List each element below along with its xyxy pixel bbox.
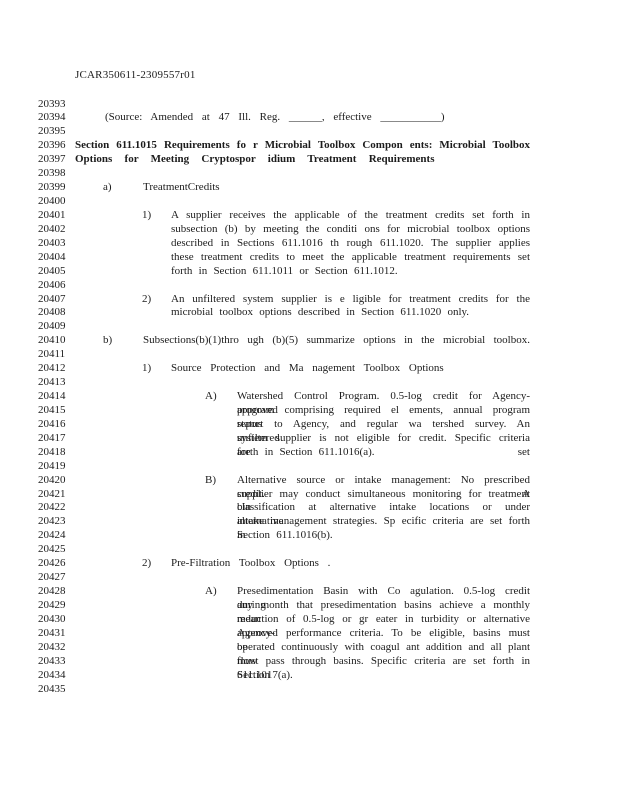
document-line: 20424Section 611.1016(b). [0, 529, 618, 543]
line-number: 20405 [38, 265, 66, 279]
document-id-header: JCAR350611-2309557r01 [75, 69, 196, 81]
line-text: Options for Meeting Cryptospor idium Tre… [75, 153, 530, 167]
line-number: 20426 [38, 557, 66, 571]
document-line: 20419 [0, 460, 618, 474]
line-number: 20394 [38, 111, 66, 125]
line-number: 20399 [38, 181, 66, 195]
line-number: 20434 [38, 669, 66, 683]
line-number: 20428 [38, 585, 66, 599]
document-line: 20417system supplier is not eligible for… [0, 432, 618, 446]
line-number: 20429 [38, 599, 66, 613]
document-page: JCAR350611-2309557r01 2039320394(Source:… [0, 0, 618, 800]
document-line: 20421supplier may conduct simultaneous m… [0, 488, 618, 502]
line-text: A supplier receives the applicable of th… [171, 209, 530, 223]
document-line: 204011)A supplier receives the applicabl… [0, 209, 618, 223]
line-text: An unfiltered system supplier is e ligib… [171, 293, 530, 307]
document-line: 20395 [0, 125, 618, 139]
line-number: 20395 [38, 125, 66, 139]
line-number: 20423 [38, 515, 66, 529]
document-line: 20402subsection (b) by meeting the condi… [0, 223, 618, 237]
document-line: 20396Section 611.1015 Requirements fo r … [0, 139, 618, 153]
outline-label: A) [205, 390, 217, 404]
document-line: 20418forth in Section 611.1016(a). [0, 446, 618, 460]
line-number: 20422 [38, 501, 66, 515]
line-number: 20420 [38, 474, 66, 488]
outline-label: 1) [142, 362, 151, 376]
line-number: 20408 [38, 306, 66, 320]
line-number: 20397 [38, 153, 66, 167]
document-line: 20422classification at alternative intak… [0, 501, 618, 515]
line-number: 20430 [38, 613, 66, 627]
document-line: 204072)An unfiltered system supplier is … [0, 293, 618, 307]
outline-label: b) [103, 334, 112, 348]
line-number: 20396 [38, 139, 66, 153]
line-number: 20435 [38, 683, 66, 697]
line-number: 20402 [38, 223, 66, 237]
outline-label: B) [205, 474, 216, 488]
line-text: forth in Section 611.1011 or Section 611… [171, 265, 530, 279]
line-number: 20400 [38, 195, 66, 209]
line-number: 20398 [38, 167, 66, 181]
line-number: 20421 [38, 488, 66, 502]
outline-label: A) [205, 585, 217, 599]
line-text: Section 611.1016(b). [237, 529, 530, 543]
document-line: 20413 [0, 376, 618, 390]
line-number: 20433 [38, 655, 66, 669]
line-text: Source Protection and Ma nagement Toolbo… [171, 362, 530, 376]
line-number: 20404 [38, 251, 66, 265]
line-number: 20415 [38, 404, 66, 418]
document-line: 20398 [0, 167, 618, 181]
line-number: 20416 [38, 418, 66, 432]
line-number: 20417 [38, 432, 66, 446]
document-line: 20430reduction of 0.5-log or gr eater in… [0, 613, 618, 627]
document-line: 20425 [0, 543, 618, 557]
document-line: 20404these treatment credits to meet the… [0, 251, 618, 265]
line-text: forth in Section 611.1016(a). [237, 446, 530, 460]
document-line: 20433must pass through basins. Specific … [0, 655, 618, 669]
document-line: 20406 [0, 279, 618, 293]
document-line: 20420B)Alternative source or intake mana… [0, 474, 618, 488]
document-line: 20394(Source: Amended at 47 Ill. Reg. __… [0, 111, 618, 125]
document-line: 20427 [0, 571, 618, 585]
document-line: 20403described in Sections 611.1016 th r… [0, 237, 618, 251]
document-line: 204262)Pre-Filtration Toolbox Options . [0, 557, 618, 571]
document-line: 20414A)Watershed Control Program. 0.5-lo… [0, 390, 618, 404]
document-line: 20429any month that presedimentation bas… [0, 599, 618, 613]
line-number: 20410 [38, 334, 66, 348]
outline-label: 1) [142, 209, 151, 223]
outline-label: a) [103, 181, 112, 195]
document-line: 20432operated continuously with coagul a… [0, 641, 618, 655]
document-line: 20423intake management strategies. Sp ec… [0, 515, 618, 529]
line-number: 20403 [38, 237, 66, 251]
document-line: 20410b)Subsections(b)(1)thro ugh (b)(5) … [0, 334, 618, 348]
line-number: 20413 [38, 376, 66, 390]
document-line: 20415program comprising required el emen… [0, 404, 618, 418]
line-text: Section 611.1015 Requirements fo r Micro… [75, 139, 530, 153]
line-number: 20412 [38, 362, 66, 376]
line-number: 20401 [38, 209, 66, 223]
document-line: 20408microbial toolbox options described… [0, 306, 618, 320]
document-line: 20431approved performance criteria. To b… [0, 627, 618, 641]
line-number: 20409 [38, 320, 66, 334]
document-line: 20409 [0, 320, 618, 334]
document-line: 204121)Source Protection and Ma nagement… [0, 362, 618, 376]
line-text: these treatment credits to meet the appl… [171, 251, 530, 265]
document-line: 20411 [0, 348, 618, 362]
line-number: 20393 [38, 98, 66, 112]
document-line: 20435 [0, 683, 618, 697]
outline-label: 2) [142, 293, 151, 307]
line-text: Pre-Filtration Toolbox Options . [171, 557, 530, 571]
document-line: 20397Options for Meeting Cryptospor idiu… [0, 153, 618, 167]
line-number: 20425 [38, 543, 66, 557]
line-text: (Source: Amended at 47 Ill. Reg. ______,… [105, 111, 535, 125]
line-number: 20431 [38, 627, 66, 641]
line-number: 20418 [38, 446, 66, 460]
line-number: 20406 [38, 279, 66, 293]
line-number: 20419 [38, 460, 66, 474]
line-number: 20432 [38, 641, 66, 655]
line-text: subsection (b) by meeting the conditi on… [171, 223, 530, 237]
line-text: TreatmentCredits [143, 181, 530, 195]
line-text: 611.1017(a). [237, 669, 530, 683]
outline-label: 2) [142, 557, 151, 571]
document-line: 20405forth in Section 611.1011 or Sectio… [0, 265, 618, 279]
line-text: described in Sections 611.1016 th rough … [171, 237, 530, 251]
line-number: 20411 [38, 348, 65, 362]
line-text: Subsections(b)(1)thro ugh (b)(5) summari… [143, 334, 530, 348]
line-text: microbial toolbox options described in S… [171, 306, 530, 320]
line-number: 20424 [38, 529, 66, 543]
document-line: 20399a)TreatmentCredits [0, 181, 618, 195]
document-line: 20428A)Presedimentation Basin with Co ag… [0, 585, 618, 599]
line-number: 20407 [38, 293, 66, 307]
document-line: 20416report to Agency, and regular wa te… [0, 418, 618, 432]
document-line: 20400 [0, 195, 618, 209]
line-number: 20427 [38, 571, 66, 585]
line-number: 20414 [38, 390, 66, 404]
document-line: 20434611.1017(a). [0, 669, 618, 683]
document-line: 20393 [0, 98, 618, 112]
